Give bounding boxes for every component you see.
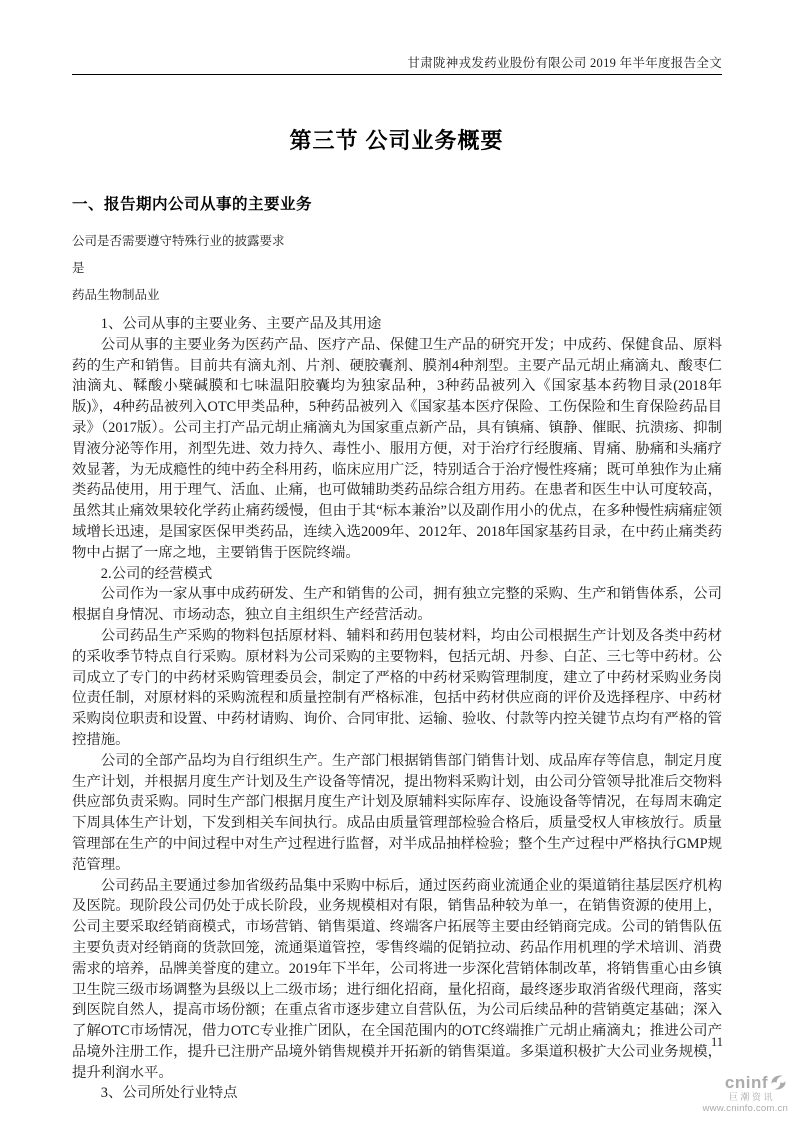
paragraph: 2.公司的经营模式 <box>72 564 722 585</box>
running-header: 甘肃陇神戎发药业股份有限公司 2019 年半年度报告全文 <box>72 53 722 71</box>
cninfo-swirl-icon <box>769 1073 788 1092</box>
disclosure-line: 公司是否需要遵守特殊行业的披露要求 <box>72 233 722 250</box>
disclosure-line: 药品生物制品业 <box>72 287 722 304</box>
special-disclosure-lines: 公司是否需要遵守特殊行业的披露要求是药品生物制品业 <box>72 233 722 304</box>
body-paragraphs: 1、公司从事的主要业务、主要产品及其用途公司从事的主要业务为医药产品、医疗产品、… <box>72 314 722 1104</box>
report-page: 甘肃陇神戎发药业股份有限公司 2019 年半年度报告全文 第三节 公司业务概要 … <box>0 0 793 1122</box>
paragraph: 1、公司从事的主要业务、主要产品及其用途 <box>72 314 722 335</box>
paragraph: 公司药品主要通过参加省级药品集中采购中标后，通过医药商业流通企业的渠道销往基层医… <box>72 876 722 1084</box>
content-area: 一、报告期内公司从事的主要业务 公司是否需要遵守特殊行业的披露要求是药品生物制品… <box>72 192 722 1104</box>
section-heading: 一、报告期内公司从事的主要业务 <box>72 192 722 214</box>
paragraph: 公司药品生产采购的物料包括原材料、辅料和药用包装材料，均由公司根据生产计划及各类… <box>72 626 722 751</box>
cninfo-chinese-name: 巨潮资讯 <box>668 1093 788 1102</box>
cninfo-wordmark-row: cninf <box>668 1073 788 1092</box>
header-rule <box>72 74 722 75</box>
paragraph: 公司作为一家从事中成药研发、生产和销售的公司，拥有独立完整的采购、生产和销售体系… <box>72 584 722 626</box>
page-number: 11 <box>711 1035 723 1050</box>
cninfo-url: www.cninfo.com.cn <box>668 1104 788 1114</box>
paragraph: 公司从事的主要业务为医药产品、医疗产品、保健卫生产品的研究开发；中成药、保健食品… <box>72 335 722 564</box>
cninfo-watermark: cninf 巨潮资讯 www.cninfo.com.cn <box>668 1073 788 1114</box>
paragraph: 3、公司所处行业特点 <box>72 1083 722 1104</box>
cninfo-wordmark-text: cninf <box>725 1074 768 1091</box>
page-title: 第三节 公司业务概要 <box>0 124 793 155</box>
paragraph: 公司的全部产品均为自行组织生产。生产部门根据销售部门销售计划、成品库存等信息，制… <box>72 751 722 876</box>
disclosure-line: 是 <box>72 260 722 277</box>
